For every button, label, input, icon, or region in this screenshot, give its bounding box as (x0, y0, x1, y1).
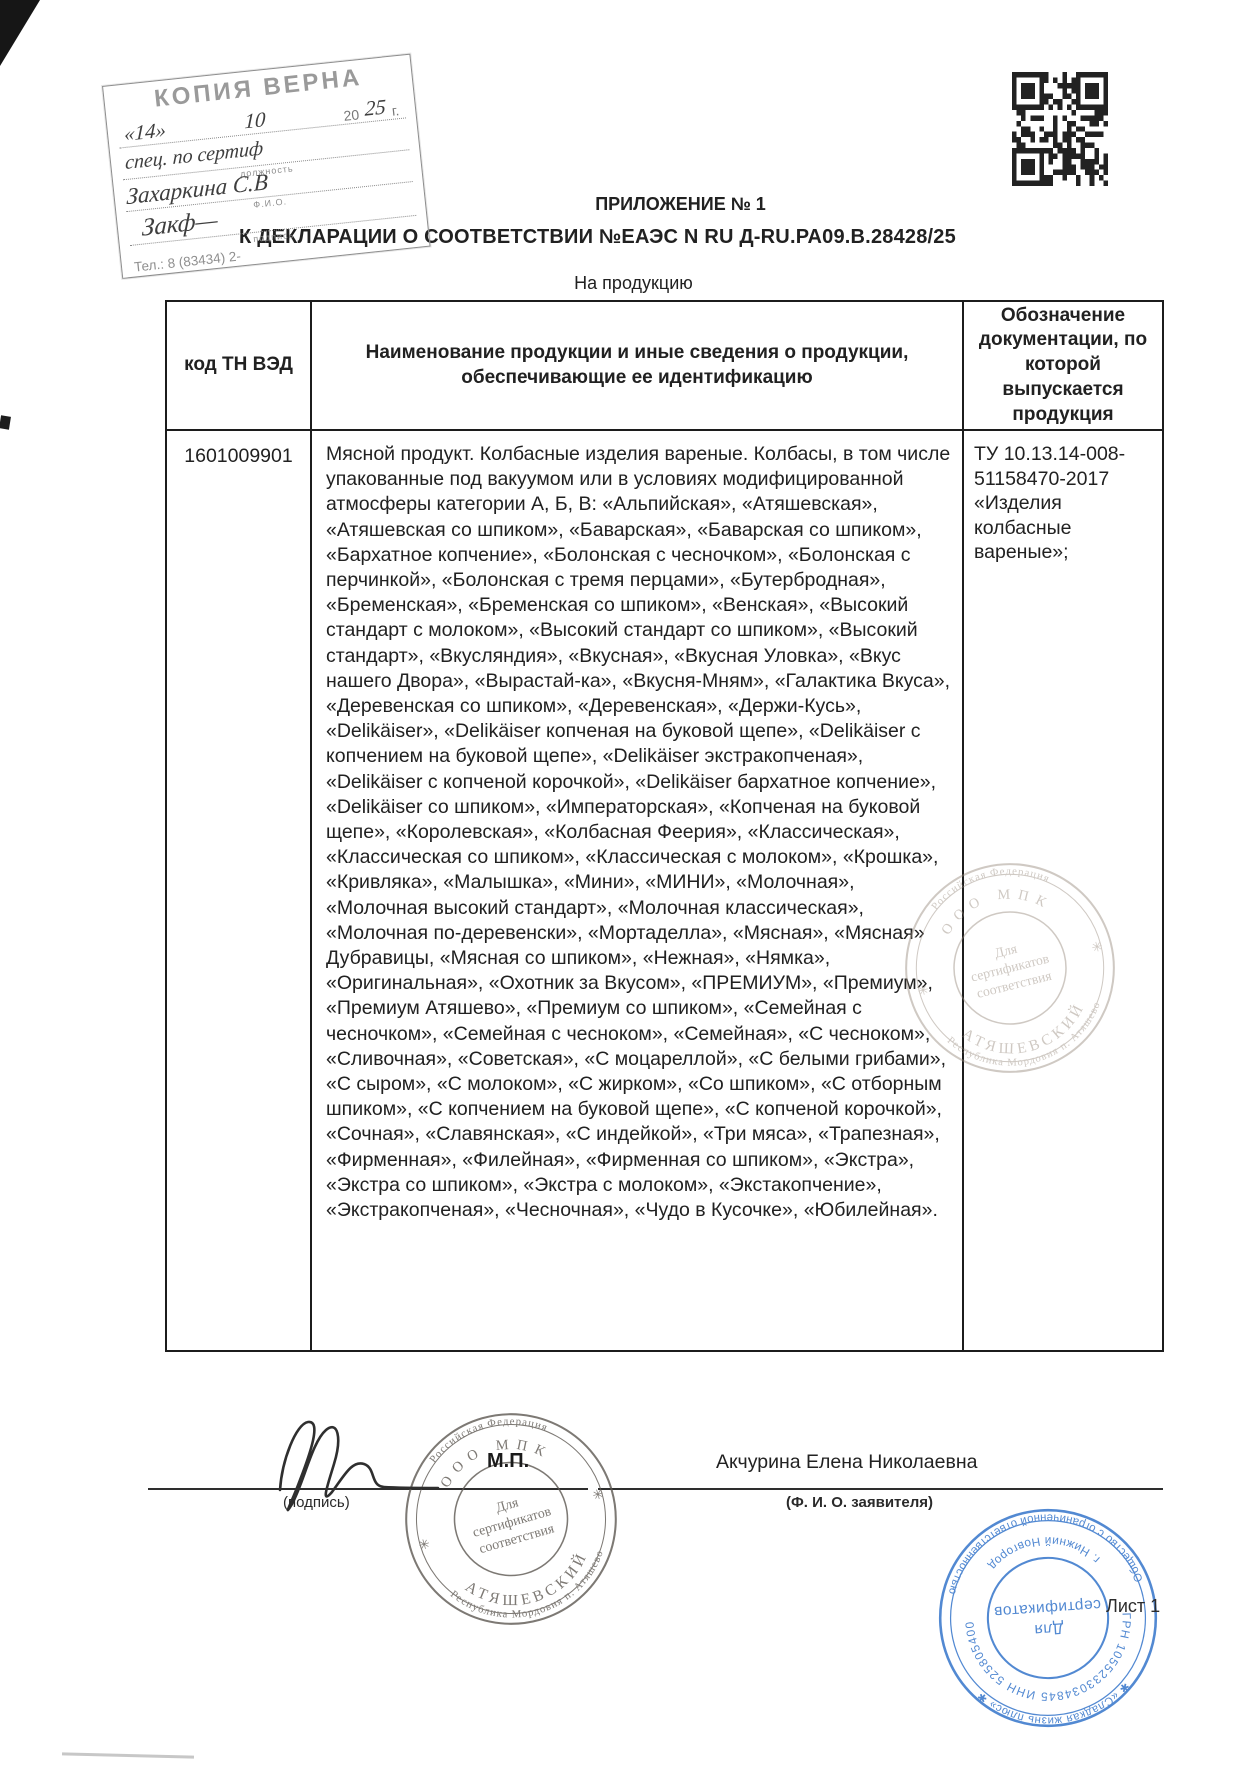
copy-stamp-year: 25 (364, 94, 386, 121)
blue-stamp-company-type: Общество с ограниченной ответственностью (941, 1505, 1146, 1597)
svg-text:ОГРН 1055233034845 ИНН 5258054: ОГРН 1055233034845 ИНН 5258054000 (962, 1607, 1175, 1749)
blue-stamp-center-1: Для (1033, 1619, 1064, 1638)
stamp-star-left: ✳ (916, 982, 930, 999)
copy-stamp-day: «14» (124, 117, 167, 147)
applicant-caption: (Ф. И. О. заявителя) (786, 1494, 933, 1511)
subtitle-products: На продукцию (8, 273, 1251, 294)
qr-code (1012, 72, 1108, 186)
cell-code: 1601009901 (167, 431, 312, 1350)
blue-stamp-center-2: сертификатов (993, 1596, 1101, 1620)
copy-stamp-year-suffix: г. (391, 102, 400, 119)
svg-text:г. Нижний Новгород: г. Нижний Новгород (984, 1530, 1104, 1574)
applicant-name: Акчурина Елена Николаевна (716, 1451, 977, 1474)
stamp-star-right: ✳ (591, 1486, 606, 1504)
header-doc: Обозначение документации, по которой вып… (964, 302, 1162, 429)
product-table: код ТН ВЭД Наименование продукции и иные… (165, 300, 1164, 1352)
blue-company-stamp: ✱ «Сладкая жизнь плюс» ✱ Общество с огра… (926, 1496, 1169, 1739)
signature-caption: (подпись) (283, 1494, 350, 1511)
blue-stamp-numbers: ОГРН 1055233034845 ИНН 5258054000 (962, 1607, 1175, 1749)
blue-stamp-city: г. Нижний Новгород (984, 1530, 1104, 1574)
header-name: Наименование продукции и иные сведения о… (312, 302, 964, 429)
header-code: код ТН ВЭД (167, 302, 312, 429)
copy-stamp-year-prefix: 20 (343, 106, 360, 124)
document-page: КОПИЯ ВЕРНА «14» 10 20 25 г. спец. по се… (0, 0, 1251, 1771)
stamp-star-right: ✳ (1090, 938, 1104, 955)
copy-stamp-month: 10 (244, 107, 266, 134)
applicant-name-line (598, 1488, 1163, 1490)
mp-label: М.П. (487, 1450, 529, 1473)
stamp-star-left: ✳ (417, 1536, 432, 1554)
scan-edge-mark (0, 415, 11, 429)
cell-description: Мясной продукт. Колбасные изделия варены… (312, 431, 964, 1350)
svg-text:Общество с ограниченной ответс: Общество с ограниченной ответственностью (941, 1505, 1146, 1597)
copy-verified-stamp: КОПИЯ ВЕРНА «14» 10 20 25 г. спец. по се… (102, 54, 431, 279)
scan-corner-artifact (0, 0, 40, 66)
sheet-number: Лист 1 (1106, 1596, 1160, 1617)
scan-smudge (62, 1752, 194, 1758)
table-header-row: код ТН ВЭД Наименование продукции и иные… (167, 302, 1162, 431)
